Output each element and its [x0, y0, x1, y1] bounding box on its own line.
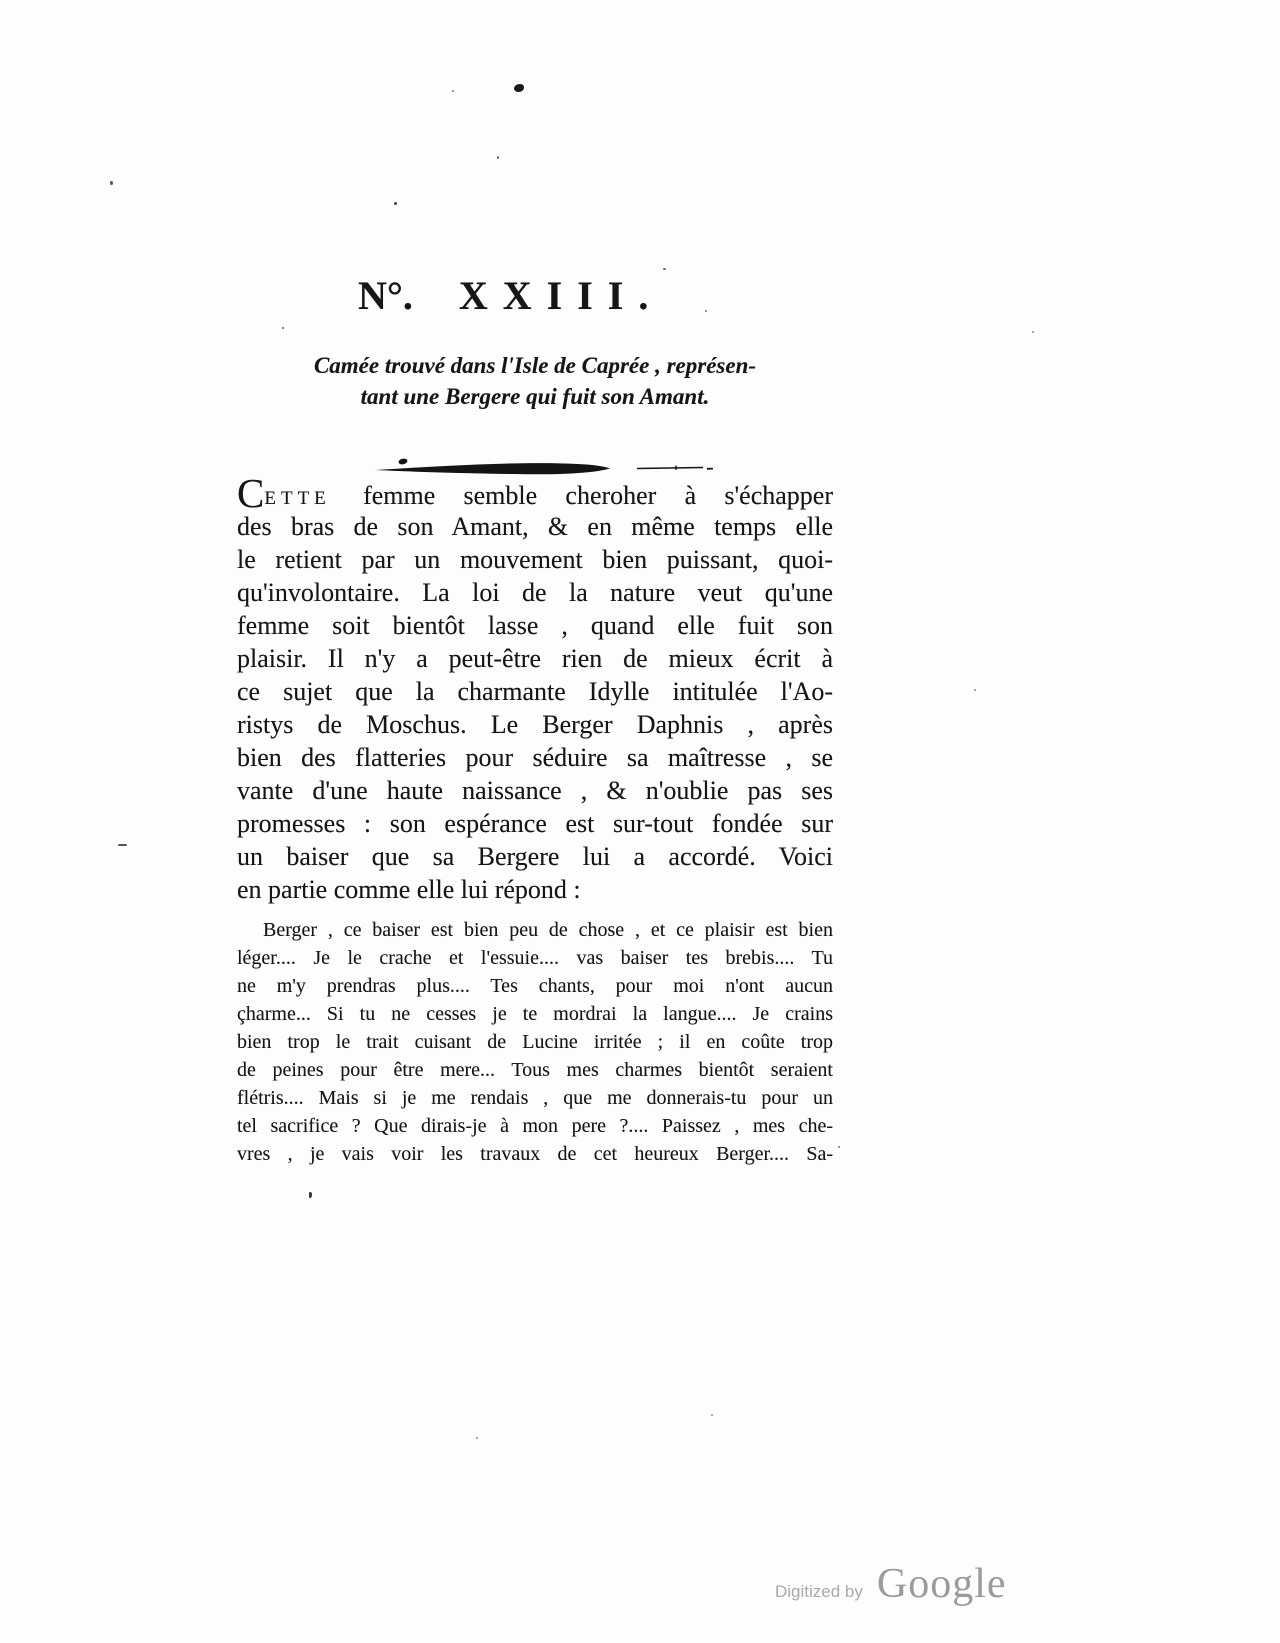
main-paragraph: CETTE femme semble cheroher à s'échapper…: [237, 477, 833, 906]
text-line: en partie comme elle lui répond :: [237, 873, 833, 906]
ink-speck: [282, 327, 284, 329]
text-line: vante d'une haute naissance , & n'oublie…: [237, 774, 833, 807]
ink-speck: [705, 310, 707, 312]
section-number-prefix: N°.: [358, 272, 413, 319]
text-line: promesses : son espérance est sur-tout f…: [237, 807, 833, 840]
subtitle-line: tant une Bergere qui fuit son Amant.: [227, 381, 843, 412]
subtitle-line: Camée trouvé dans l'Isle de Caprée , rep…: [227, 350, 843, 381]
text-line: un baiser que sa Bergere lui a accordé. …: [237, 840, 833, 873]
text-line: CETTE femme semble cheroher à s'échapper: [237, 477, 833, 510]
small-caps-opening: ETTE: [264, 488, 330, 509]
quote-line: bien trop le trait cuisant de Lucine irr…: [237, 1028, 833, 1056]
google-logo: Google: [877, 1560, 1007, 1608]
section-heading: N°. XXIII.: [358, 272, 663, 319]
quote-line: léger.... Je le crache et l'essuie.... v…: [237, 944, 833, 972]
quote-line: Berger , ce baiser est bien peu de chose…: [237, 916, 833, 944]
ink-speck: [452, 90, 454, 92]
digitized-by-label: Digitized by: [775, 1582, 863, 1602]
ink-speck: [110, 181, 113, 185]
quote-line: de peines pour être mere... Tous mes cha…: [237, 1056, 833, 1084]
ink-speck: [1032, 331, 1034, 333]
scanned-book-page: N°. XXIII. Camée trouvé dans l'Isle de C…: [0, 0, 1280, 1643]
ink-speck: [394, 202, 397, 205]
ink-speck: [663, 268, 666, 270]
text-line-rest: femme semble cheroher à s'échapper: [363, 481, 833, 510]
ink-speck: [974, 689, 976, 691]
text-line: qu'involontaire. La loi de la nature veu…: [237, 576, 833, 609]
quote-line: vres , je vais voir les travaux de cet h…: [237, 1140, 833, 1168]
text-line: ce sujet que la charmante Idylle intitul…: [237, 675, 833, 708]
chapter-subtitle: Camée trouvé dans l'Isle de Caprée , rep…: [227, 350, 843, 412]
ink-speck: [514, 84, 524, 92]
quote-line: flétris.... Mais si je me rendais , que …: [237, 1084, 833, 1112]
text-line: bien des flatteries pour séduire sa maît…: [237, 741, 833, 774]
digitization-watermark: Digitized by Google: [775, 1560, 1007, 1608]
text-line: femme soit bientôt lasse , quand elle fu…: [237, 609, 833, 642]
text-line: plaisir. Il n'y a peut-être rien de mieu…: [237, 642, 833, 675]
text-line: ristys de Moschus. Le Berger Daphnis , a…: [237, 708, 833, 741]
quote-line: ne m'y prendras plus.... Tes chants, pou…: [237, 972, 833, 1000]
section-roman-numeral: XXIII.: [459, 272, 663, 319]
block-quote: Berger , ce baiser est bien peu de chose…: [237, 916, 833, 1168]
quote-line: tel sacrifice ? Que dirais-je à mon pere…: [237, 1112, 833, 1140]
ink-speck: [711, 1414, 713, 1416]
ink-speck: [309, 1192, 312, 1198]
text-line: des bras de son Amant, & en même temps e…: [237, 510, 833, 543]
quote-line: çharme... Si tu ne cesses je te mordrai …: [237, 1000, 833, 1028]
ink-speck: [838, 1146, 840, 1148]
text-line: le retient par un mouvement bien puissan…: [237, 543, 833, 576]
ink-speck: [118, 844, 127, 846]
ink-speck: [497, 156, 499, 159]
ink-speck: [476, 1437, 478, 1439]
